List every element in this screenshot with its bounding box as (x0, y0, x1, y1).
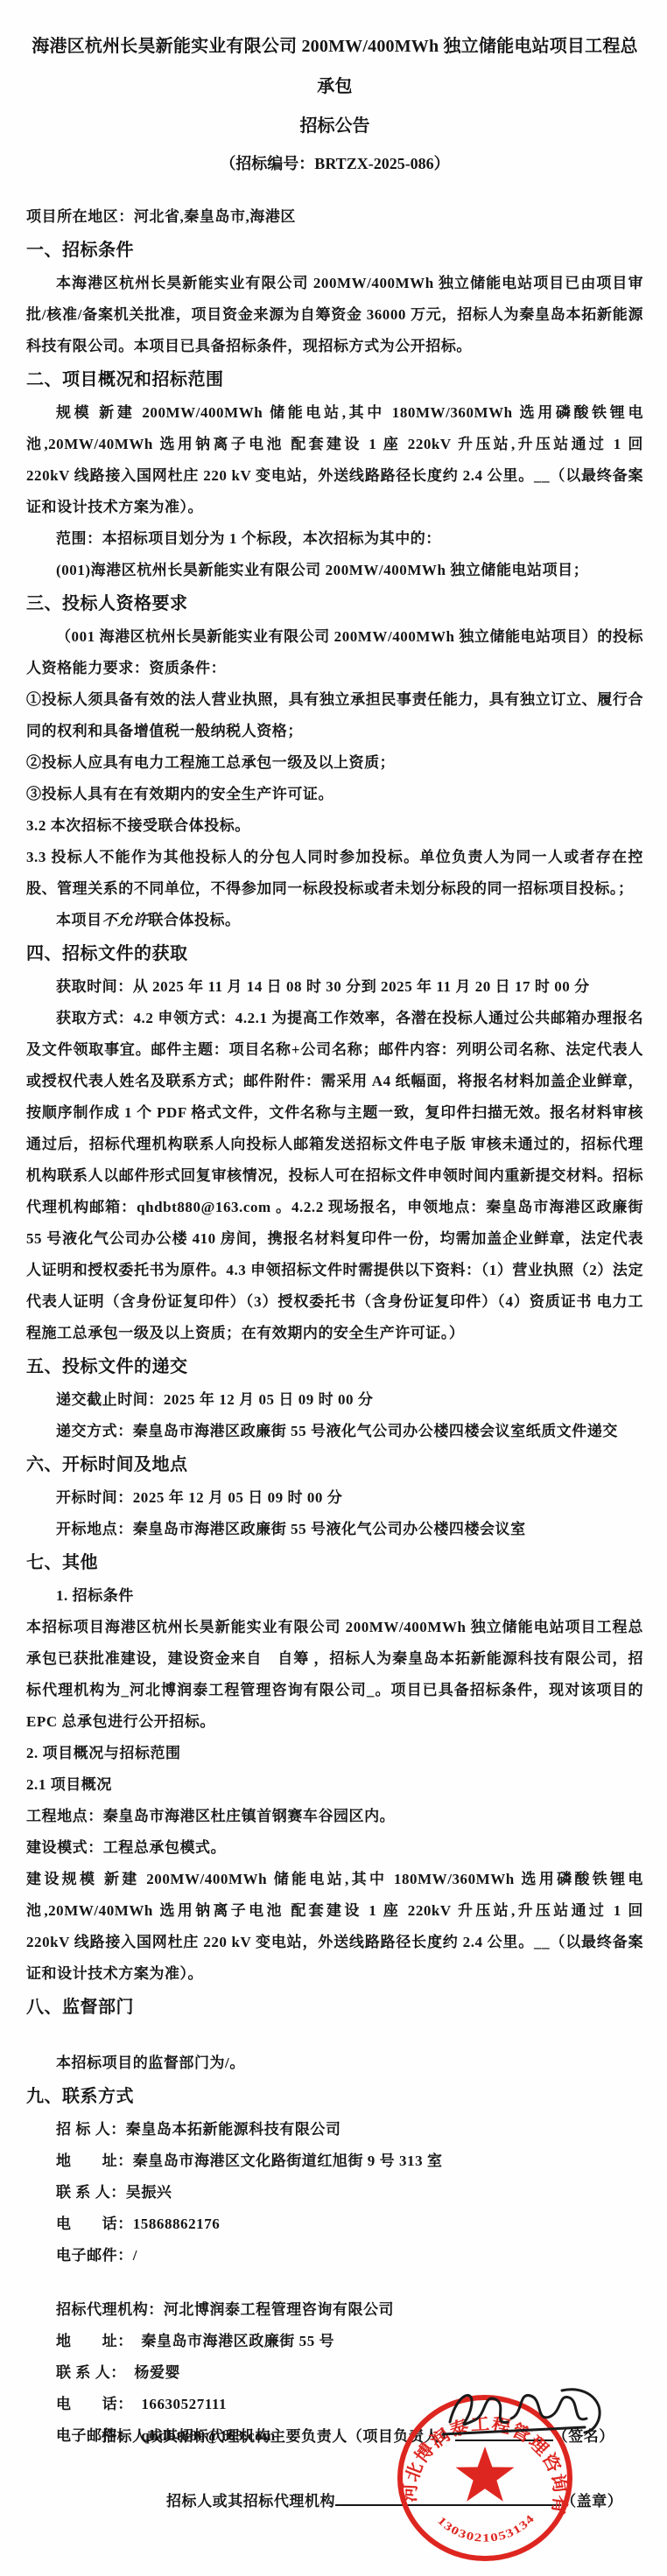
paragraph: 规模 新建 200MW/400MWh 储能电站,其中 180MW/360MWh … (26, 397, 643, 523)
section-heading: 一、招标条件 (26, 233, 643, 268)
paragraph: 建设模式：工程总承包模式。 (26, 1832, 643, 1864)
paragraph: 工程地点：秦皇岛市海港区杜庄镇首钢赛车谷园区内。 (26, 1801, 643, 1832)
signature-section: 招标人或其招标代理机构主要负责人（项目负责人）（签名） 招标人或其招标代理机构（… (0, 2354, 667, 2576)
seal-number: 1303021053134 (435, 2511, 537, 2544)
paragraph: 地 址： 秦皇岛市海港区政廉街 55 号 (26, 2326, 643, 2357)
paragraph: 本招标项目海港区杭州长昊新能实业有限公司 200MW/400MWh 独立储能电站… (26, 1612, 643, 1738)
paragraph: （001 海港区杭州长昊新能实业有限公司 200MW/400MWh 独立储能电站… (26, 621, 643, 684)
paragraph: 本项目不允许联合体投标。 (26, 905, 643, 936)
paragraph: 项目所在地区：河北省,秦皇岛市,海港区 (26, 201, 643, 233)
section-heading: 九、联系方式 (26, 2079, 643, 2114)
paragraph: 递交方式：秦皇岛市海港区政廉街 55 号液化气公司办公楼四楼会议室纸质文件递交 (26, 1416, 643, 1447)
paragraph: 获取方式：4.2 申领方式：4.2.1 为提高工作效率，各潜在投标人通过公共邮箱… (26, 1003, 643, 1349)
paragraph: 3.3 投标人不能作为其他投标人的分包人同时参加投标。单位负责人为同一人或者存在… (26, 842, 643, 905)
paragraph-text: 不允许 (102, 912, 149, 928)
paragraph-text: 联合体投标。 (148, 912, 240, 928)
paragraph: 2. 项目概况与招标范围 (26, 1738, 643, 1769)
section-heading: 四、招标文件的获取 (26, 936, 643, 971)
section-heading: 五、投标文件的递交 (26, 1349, 643, 1384)
paragraph: 2.1 项目概况 (26, 1769, 643, 1801)
section-heading: 二、项目概况和招标范围 (26, 362, 643, 397)
paragraph: 电子邮件：/ (26, 2240, 643, 2271)
handwritten-signature (431, 2380, 623, 2448)
paragraph: 招标代理机构：河北博润泰工程管理咨询有限公司 (26, 2294, 643, 2326)
paragraph: 联 系 人：吴振兴 (26, 2177, 643, 2208)
paragraph: (001)海港区杭州长昊新能实业有限公司 200MW/400MWh 独立储能电站… (26, 555, 643, 586)
paragraph: 本招标项目的监督部门为/。 (26, 2047, 643, 2079)
spacer (26, 2025, 643, 2047)
section-heading: 六、开标时间及地点 (26, 1447, 643, 1482)
paragraph: 建设规模 新建 200MW/400MWh 储能电站,其中 180MW/360MW… (26, 1864, 643, 1990)
paragraph: 本海港区杭州长昊新能实业有限公司 200MW/400MWh 独立储能电站项目已由… (26, 268, 643, 362)
paragraph: ①投标人须具备有效的法人营业执照，具有独立承担民事责任能力，具有独立订立、履行合… (26, 684, 643, 747)
paragraph: 地 址：秦皇岛市海港区文化路街道红旭街 9 号 313 室 (26, 2145, 643, 2177)
paragraph: 1. 招标条件 (26, 1580, 643, 1612)
paragraph: 递交截止时间：2025 年 12 月 05 日 09 时 00 分 (26, 1384, 643, 1416)
document-title: 海港区杭州长昊新能实业有限公司 200MW/400MWh 独立储能电站项目工程总… (26, 26, 643, 107)
paragraph: 范围：本招标项目划分为 1 个标段，本次招标为其中的： (26, 523, 643, 555)
svg-text:1303021053134: 1303021053134 (435, 2511, 537, 2544)
document-body: 海港区杭州长昊新能实业有限公司 200MW/400MWh 独立储能电站项目工程总… (26, 26, 643, 2452)
paragraph: 开标地点：秦皇岛市海港区政廉街 55 号液化气公司办公楼四楼会议室 (26, 1514, 643, 1545)
section-heading: 八、监督部门 (26, 1990, 643, 2025)
paragraph-text: 本项目 (56, 912, 102, 928)
stamp-label: 招标人或其招标代理机构 (166, 2493, 335, 2509)
tender-number: （招标编号：BRTZX-2025-086） (26, 145, 643, 182)
tender-announcement-page: 海港区杭州长昊新能实业有限公司 200MW/400MWh 独立储能电站项目工程总… (0, 0, 667, 2576)
document-title: 招标公告 (26, 107, 643, 145)
spacer (26, 2271, 643, 2294)
paragraph: 招 标 人：秦皇岛本拓新能源科技有限公司 (26, 2114, 643, 2145)
seal-star-icon (456, 2446, 515, 2502)
paragraph: 获取时间：从 2025 年 11 月 14 日 08 时 30 分到 2025 … (26, 971, 643, 1003)
paragraph: ③投标人具有在有效期内的安全生产许可证。 (26, 779, 643, 810)
paragraph: ②投标人应具有电力工程施工总承包一级及以上资质； (26, 747, 643, 779)
section-heading: 三、投标人资格要求 (26, 586, 643, 621)
paragraph: 开标时间：2025 年 12 月 05 日 09 时 00 分 (26, 1482, 643, 1514)
paragraph: 电 话：15868862176 (26, 2208, 643, 2240)
section-heading: 七、其他 (26, 1545, 643, 1580)
paragraph: 3.2 本次招标不接受联合体投标。 (26, 810, 643, 842)
